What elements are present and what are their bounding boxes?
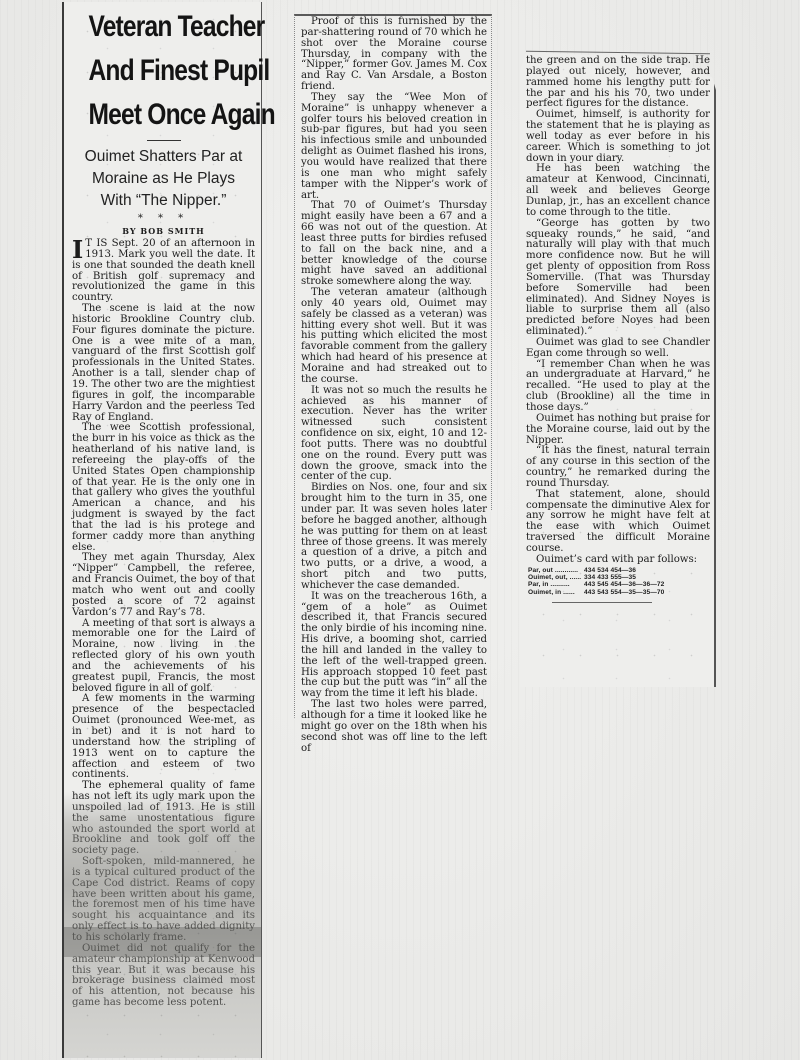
paragraph: the green and on the side trap. He playe…	[526, 56, 710, 110]
article-column-1: Veteran Teacher And Finest Pupil Meet On…	[62, 2, 262, 1058]
scorecard-label: Par, in ..........	[528, 581, 584, 588]
scorecard-title: Ouimet’s card with par follows:	[526, 555, 710, 566]
scorecard-row: Ouimet, in ...... 443 543 554—35—35—70	[528, 589, 710, 596]
headline: Veteran Teacher And Finest Pupil Meet On…	[72, 6, 255, 138]
scorecard-row: Par, out ............ 434 534 454—36	[528, 567, 710, 574]
scorecard-row: Par, in .......... 443 545 454—36—36—72	[528, 581, 710, 588]
separator-stars: * * *	[72, 213, 255, 225]
subhead-line: Ouimet Shatters Par at	[72, 147, 255, 167]
paragraph: A few moments in the warming presence of…	[72, 694, 255, 781]
paragraph: It was on the treacherous 16th, a “gem o…	[301, 592, 487, 700]
column-1-body: IT IS Sept. 20 of an afternoon in 1913. …	[72, 239, 255, 1009]
paragraph: The last two holes were parred, although…	[301, 700, 487, 754]
scorecard-scores: 334 433 555—35	[584, 574, 636, 581]
paragraph: The veteran amateur (although only 40 ye…	[301, 288, 487, 386]
paragraph: A meeting of that sort is always a memor…	[72, 619, 255, 695]
subheadline: Ouimet Shatters Par at Moraine as He Pla…	[72, 147, 255, 211]
paragraph: IT IS Sept. 20 of an afternoon in 1913. …	[72, 239, 255, 304]
paragraph: “I remember Chan when he was an undergra…	[526, 360, 710, 414]
paragraph: That 70 of Ouimet’s Thursday might easil…	[301, 201, 487, 288]
headline-rule	[147, 140, 181, 141]
paragraph: Proof of this is furnished by the par-sh…	[301, 17, 487, 93]
paragraph: The scene is laid at the now historic Br…	[72, 304, 255, 423]
scorecard-row: Ouimet, out, ...... 334 433 555—35	[528, 574, 710, 581]
scorecard-label: Ouimet, in ......	[528, 589, 584, 596]
paragraph: Birdies on Nos. one, four and six brough…	[301, 483, 487, 591]
paragraph: The wee Scottish professional, the burr …	[72, 423, 255, 553]
paragraph: Ouimet was glad to see Chandler Egan com…	[526, 338, 710, 360]
article-column-2: Proof of this is furnished by the par-sh…	[294, 14, 492, 814]
byline: BY BOB SMITH	[72, 226, 255, 236]
scorecard: Par, out ............ 434 534 454—36 Oui…	[528, 567, 710, 597]
paragraph: It was not so much the results he achiev…	[301, 386, 487, 484]
headline-line: And Finest Pupil	[88, 50, 238, 94]
column-3-body: the green and on the side trap. He playe…	[520, 52, 716, 603]
headline-line: Veteran Teacher	[88, 6, 238, 50]
paragraph: “It has the finest, natural terrain of a…	[526, 446, 710, 489]
column-2-body: Proof of this is furnished by the par-sh…	[294, 14, 492, 754]
paragraph: They say the “Wee Mon of Moraine” is unh…	[301, 93, 487, 201]
scorecard-label: Ouimet, out, ......	[528, 574, 584, 581]
paragraph: Soft-spoken, mild-mannered, he is a typi…	[72, 857, 255, 944]
paragraph: Ouimet, himself, is authority for the st…	[526, 110, 710, 164]
paragraph: Ouimet has nothing but praise for the Mo…	[526, 414, 710, 447]
paragraph: The ephemeral quality of fame has not le…	[72, 781, 255, 857]
headline-line: Meet Once Again	[88, 94, 238, 138]
scorecard-scores: 443 545 454—36—36—72	[584, 581, 664, 588]
end-rule	[552, 602, 652, 603]
scorecard-scores: 434 534 454—36	[584, 567, 636, 574]
paragraph: “George has gotten by two squeaky rounds…	[526, 219, 710, 338]
scorecard-scores: 443 543 554—35—35—70	[584, 589, 664, 596]
paragraph: That statement, alone, should compensate…	[526, 490, 710, 555]
drop-cap: I	[72, 240, 83, 260]
subhead-line: With “The Nipper.”	[72, 191, 255, 211]
scorecard-label: Par, out ............	[528, 567, 584, 574]
paragraph: Ouimet did not qualify for the amateur c…	[72, 944, 255, 1009]
subhead-line: Moraine as He Plays	[72, 169, 255, 189]
paragraph: They met again Thursday, Alex “Nipper” C…	[72, 553, 255, 618]
paragraph: He has been watching the amateur at Kenw…	[526, 164, 710, 218]
article-column-3: the green and on the side trap. He playe…	[520, 52, 716, 687]
